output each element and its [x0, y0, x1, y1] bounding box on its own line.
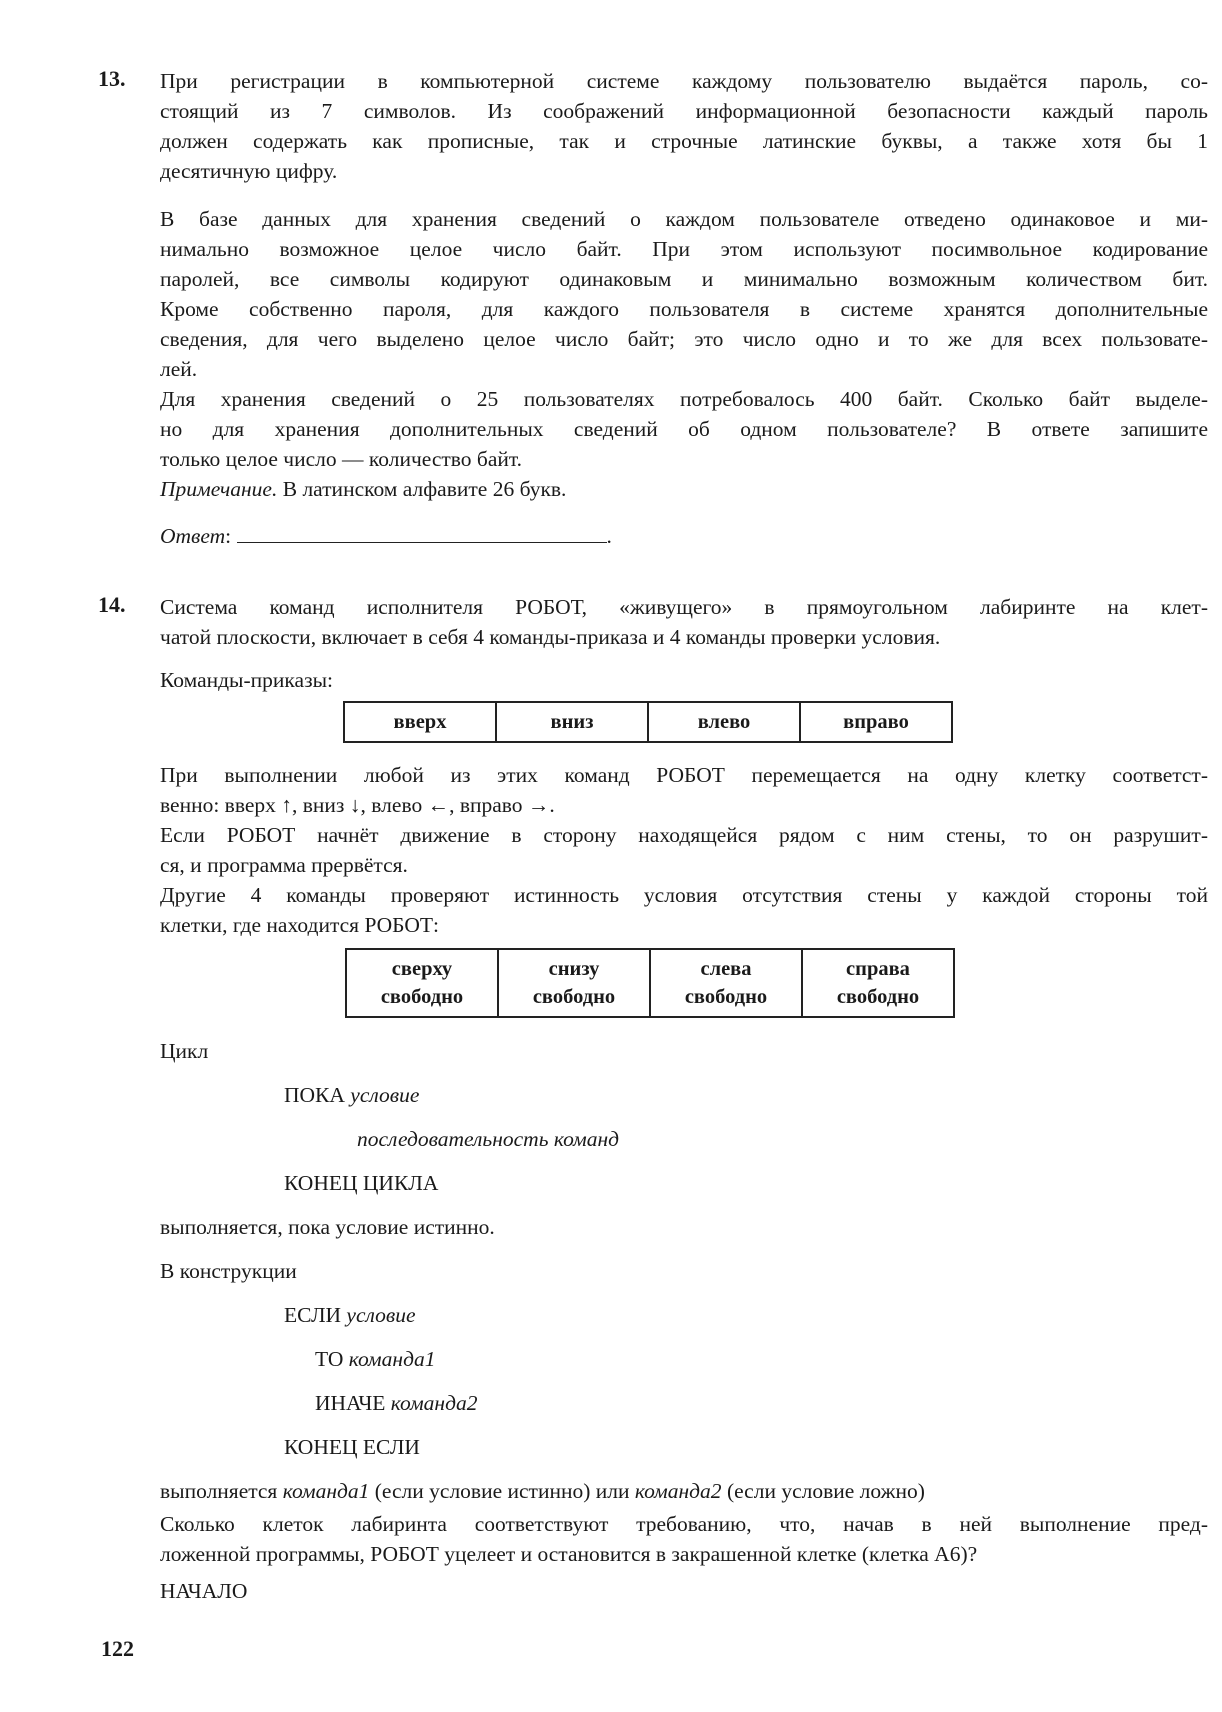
- text-line: стоящий из 7 символов. Из соображений ин…: [160, 96, 1208, 126]
- if-condition-line: ЕСЛИ условие: [284, 1303, 416, 1328]
- check-cell-top: сверхусвободно: [346, 949, 498, 1017]
- table-row: вверх вниз влево вправо: [344, 702, 952, 742]
- text-line: Для хранения сведений о 25 пользователях…: [160, 384, 1208, 414]
- while-keyword: ПОКА: [284, 1083, 345, 1107]
- text-line: В базе данных для хранения сведений о ка…: [160, 204, 1208, 234]
- command-cell-down: вниз: [496, 702, 648, 742]
- text-line: десятичную цифру.: [160, 156, 1208, 186]
- check-cell-bottom: снизусвободно: [498, 949, 650, 1017]
- text-line: ложенной программы, РОБОТ уцелеет и оста…: [160, 1539, 1208, 1569]
- then-line: ТО команда1: [315, 1347, 435, 1372]
- text-line: должен содержать как прописные, так и ст…: [160, 126, 1208, 156]
- command-cell-right: вправо: [800, 702, 952, 742]
- loop-body: последовательность команд: [357, 1127, 619, 1152]
- text-line: лей.: [160, 354, 1208, 384]
- task-13-paragraph-2: В базе данных для хранения сведений о ка…: [160, 204, 1208, 384]
- command-cell-left: влево: [648, 702, 800, 742]
- text-line: чатой плоскости, включает в себя 4 коман…: [160, 622, 1208, 652]
- text-line: нимально возможное целое число байт. При…: [160, 234, 1208, 264]
- text-line: Сколько клеток лабиринта соответствуют т…: [160, 1509, 1208, 1539]
- text-line: но для хранения дополнительных сведений …: [160, 414, 1208, 444]
- text-line: Кроме собственно пароля, для каждого пол…: [160, 294, 1208, 324]
- task-13-note: Примечание. В латинском алфавите 26 букв…: [160, 474, 1208, 504]
- task-14-move-description: При выполнении любой из этих команд РОБО…: [160, 760, 1208, 940]
- text-line: При регистрации в компьютерной системе к…: [160, 66, 1208, 96]
- task-13-answer: Ответ: .: [160, 521, 612, 551]
- loop-label: Цикл: [160, 1039, 208, 1064]
- cell-line: свободно: [837, 986, 919, 1008]
- text-line: Система команд исполнителя РОБОТ, «живущ…: [160, 592, 1208, 622]
- commands-label: Команды-приказы:: [160, 665, 333, 695]
- task-13-paragraph-1: При регистрации в компьютерной системе к…: [160, 66, 1208, 186]
- command2-ref: команда2: [635, 1479, 722, 1503]
- cell-line: свободно: [685, 986, 767, 1008]
- text-line: паролей, все символы кодируют одинаковым…: [160, 264, 1208, 294]
- else-line: ИНАЧЕ команда2: [315, 1391, 477, 1416]
- cell-line: снизу: [549, 958, 600, 980]
- else-keyword: ИНАЧЕ: [315, 1391, 385, 1415]
- cell-line: свободно: [381, 986, 463, 1008]
- program-start: НАЧАЛО: [160, 1579, 247, 1604]
- move-commands-table: вверх вниз влево вправо: [343, 701, 953, 743]
- check-commands-table: сверхусвободно снизусвободно слевасвобод…: [345, 948, 955, 1018]
- text-line: клетки, где находится РОБОТ:: [160, 910, 1208, 940]
- task-14-number: 14.: [98, 592, 126, 618]
- table-row: сверхусвободно снизусвободно слевасвобод…: [346, 949, 954, 1017]
- text-line: При выполнении любой из этих команд РОБО…: [160, 760, 1208, 790]
- while-condition: условие: [345, 1083, 419, 1107]
- if-keyword: ЕСЛИ: [284, 1303, 341, 1327]
- task-14-intro: Система команд исполнителя РОБОТ, «живущ…: [160, 592, 1208, 652]
- answer-field[interactable]: [237, 541, 607, 543]
- text: (если условие истинно) или: [369, 1479, 634, 1503]
- check-cell-right: справасвободно: [802, 949, 954, 1017]
- text-line: венно: вверх ↑, вниз ↓, влево ←, вправо …: [160, 790, 1208, 820]
- task-13-paragraph-3: Для хранения сведений о 25 пользователях…: [160, 384, 1208, 504]
- loop-end: КОНЕЦ ЦИКЛА: [284, 1171, 438, 1196]
- loop-description: выполняется, пока условие истинно.: [160, 1215, 495, 1240]
- if-condition: условие: [341, 1303, 415, 1327]
- loop-while: ПОКА условие: [284, 1083, 419, 1108]
- cell-line: справа: [846, 958, 910, 980]
- if-end: КОНЕЦ ЕСЛИ: [284, 1435, 420, 1460]
- text-line: сведения, для чего выделено целое число …: [160, 324, 1208, 354]
- cell-line: сверху: [392, 958, 452, 980]
- command-cell-up: вверх: [344, 702, 496, 742]
- if-label: В конструкции: [160, 1259, 297, 1284]
- page-number: 122: [101, 1636, 134, 1662]
- text-line: ся, и программа прервётся.: [160, 850, 1208, 880]
- answer-label: Ответ: [160, 524, 225, 548]
- answer-period: .: [607, 524, 612, 548]
- else-command: команда2: [385, 1391, 477, 1415]
- text-line: Если РОБОТ начнёт движение в сторону нах…: [160, 820, 1208, 850]
- text-line: только целое число — количество байт.: [160, 444, 1208, 474]
- then-keyword: ТО: [315, 1347, 343, 1371]
- answer-colon: :: [225, 524, 231, 548]
- cell-line: слева: [700, 958, 751, 980]
- if-description: выполняется команда1 (если условие истин…: [160, 1479, 925, 1504]
- note-label: Примечание.: [160, 477, 277, 501]
- text: (если условие ложно): [722, 1479, 925, 1503]
- note-text: В латинском алфавите 26 букв.: [277, 477, 566, 501]
- then-command: команда1: [343, 1347, 435, 1371]
- check-cell-left: слевасвободно: [650, 949, 802, 1017]
- task-14-question: Сколько клеток лабиринта соответствуют т…: [160, 1509, 1208, 1569]
- text-line: Другие 4 команды проверяют истинность ус…: [160, 880, 1208, 910]
- text: выполняется: [160, 1479, 283, 1503]
- task-13-number: 13.: [98, 66, 126, 92]
- command1-ref: команда1: [283, 1479, 370, 1503]
- cell-line: свободно: [533, 986, 615, 1008]
